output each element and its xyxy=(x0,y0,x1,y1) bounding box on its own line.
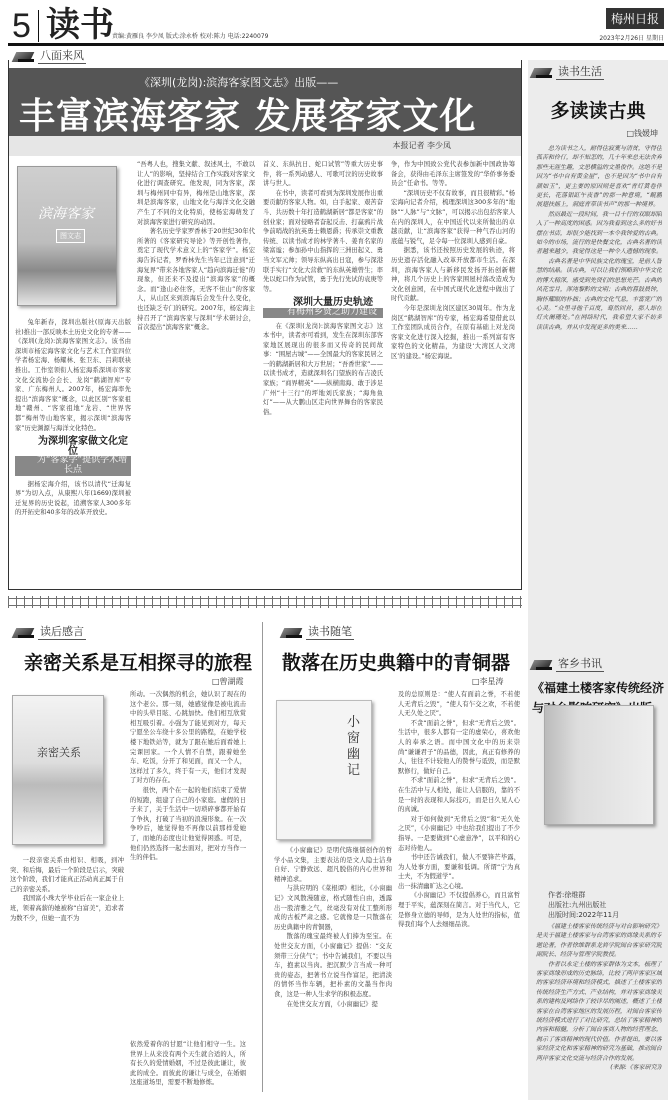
paragraph: 在处世交友方面，《小窗幽记》提 xyxy=(274,1000,392,1010)
issue-date: 2023年2月26日 星期日 xyxy=(599,33,664,42)
feature-header: 《深圳(龙岗):滨海客家图文志》出版—— 丰富滨海客家 发展客家文化 xyxy=(9,68,521,136)
paragraph: 《福建土楼客家传统经济与对台影响研究》是关于福建土楼客家与台湾客家的商缘关系的专… xyxy=(536,922,662,960)
subhead-sub: 有梅州乡贤之助力建设 xyxy=(263,308,383,318)
masthead-divider xyxy=(38,10,39,42)
byline-bar: 本报记者 李少凤 xyxy=(9,136,521,156)
subhead-sub: 为“客家学”提供学术增长点 xyxy=(15,456,131,475)
article-mid-column-2: 及的总原则是：“使人有面前之誉，不若使人无背后之毁”，“使人有乍交之欢，不若使人… xyxy=(398,690,520,1096)
book-author: 作者:徐维群 xyxy=(548,890,619,900)
decorative-fret-border xyxy=(8,596,522,608)
paragraph: 及的总原则是：“使人有面前之誉，不若使人无背后之毁”，“使人有乍交之欢，不若使人… xyxy=(398,690,520,719)
book-cover-image: 亲密关系 xyxy=(12,695,104,845)
masthead: 5 读书 责编:黄雁良 李少凤 版式:涂永桥 校对:陈力 电话:2240079 … xyxy=(8,6,664,46)
tag-label: 客乡书讯 xyxy=(556,657,604,672)
paragraph: 与洪应明的《菜根谭》相比，《小窗幽记》文风散漫随意，格式随性自由，透露出一股清雅… xyxy=(274,884,392,932)
book-cover-image xyxy=(544,705,654,825)
column-rule xyxy=(262,622,263,1092)
paragraph: 在《深圳(龙岗):滨海客家图文志》这本书中，读者亦可看到，发生在深圳东部客家地区… xyxy=(263,322,383,418)
subhead-1: 为深圳客家做文化定位 为“客家学”提供学术增长点 xyxy=(15,437,131,475)
paragraph: 在书中，读者可看到为深圳发展作出重要贡献的客家人物。如，白手起家、艰苦奋斗、共历… xyxy=(263,189,383,295)
paragraph: 散落的瑰宝最终被人们捧为至宝。在处世交友方面，《小窗幽记》提倡：“交友须带三分侠… xyxy=(274,932,392,999)
paragraph: 出一抹清幽旷达之心境。 xyxy=(398,882,520,892)
feature-byline: 本报记者 李少凤 xyxy=(392,140,451,151)
paragraph: 兔年新春，深圳出版社(原海天出版社)推出一部反映本土历史文化的专著——《深圳(龙… xyxy=(15,318,131,433)
paragraph: 很快，两个在一起的他们结束了爱情的短跑，组建了自己的小家庭。虚假的日子来了，关于… xyxy=(130,786,246,863)
paragraph: “深圳历史不仅有故事，而且很精彩。”杨宏海向记者介绍，梳理深圳这300多年的“地… xyxy=(391,189,515,247)
subhead-2: 深圳大量历史轨迹 有梅州乡贤之助力建设 xyxy=(263,298,383,317)
paragraph: 书中还告诫我们，做人不要锋芒毕露，为人处事方面，要谦和低调。所谓“宁为真士夫，不… xyxy=(398,853,520,882)
article-left-title: 亲密关系是互相探寻的旅程 xyxy=(24,648,252,675)
paragraph: 首义、东纵抗日、蛇口试管”等重大历史事件，将一系列动感人、可歌可泣的历史故事讲与… xyxy=(263,160,383,189)
subhead-main: 为深圳客家做文化定位 xyxy=(15,437,131,456)
feature-column-2: “吾粤人也，搜集文献、叙述风土，不敢以让人”的影响，坚持结合工作实践对客家文化进… xyxy=(137,160,255,584)
tag-label: 读书生活 xyxy=(556,65,604,80)
tag-label: 读后感言 xyxy=(38,625,86,640)
article-left-column-2: 所动。一次偶然的机会，她认识了现在的这个老公。那一刻，她感觉像是被电流击中的头晕… xyxy=(130,690,246,1038)
sidebar-article-title: 多读读古典 xyxy=(528,96,668,123)
paragraph: 不求“面前之誉”，但求“无背后之毁”。在生活中与人相处，能让人信服的，靠的不是一… xyxy=(398,776,520,814)
book-publisher: 出版社:九州出版社 xyxy=(548,900,619,910)
article-left-column-2-end: 依然爱着你的甘愿“让他们相守一生。这世界上从来没有两个天生就合适的人，所有长久的… xyxy=(130,1040,246,1096)
book-info: 作者:徐维群 出版社:九州出版社 出版时间:2022年11月 xyxy=(548,890,619,920)
paragraph: 《小窗幽记》是明代陈继儒创作的哲学小品文集，主要表达的是文人隐士洁身自好、宁静致… xyxy=(274,846,392,884)
page-number: 5 xyxy=(12,8,31,44)
sidebar-tag-reading-life: 读书生活 xyxy=(532,62,604,80)
cover-title: 滨海客家 xyxy=(38,203,94,223)
article-mid-author: □李星涛 xyxy=(472,676,504,687)
paragraph: 著名历史学家罗香林于20世纪30年代所著的《客家研究导论》等开创性著作，奠定了现… xyxy=(137,227,255,333)
paragraph: 作者以永定土楼的客家群体为文本，梳理了客家商缘形成的历史脉络，比较了两岸客家区域… xyxy=(536,960,662,1063)
feature-column-4: 争，作为中国致公党代表参加新中国政协筹备会，获得由毛泽东主席签发的“华侨事务委员… xyxy=(391,160,515,584)
paragraph: 对于如何做到“无背后之毁”和“无久处之厌”，《小窗幽记》中也给我们提出了不少指导… xyxy=(398,815,520,853)
feature-column-3: 首义、东纵抗日、蛇口试管”等重大历史事件，将一系列动感人、可歌可泣的历史故事讲与… xyxy=(263,160,383,584)
sidebar-article-author: □钱媛坤 xyxy=(626,128,658,139)
paragraph: “吾粤人也，搜集文献、叙述风土，不敢以让人”的影响，坚持结合工作实践对客家文化进… xyxy=(137,160,255,227)
feature-column-1: 兔年新春，深圳出版社(原海天出版社)推出一部反映本土历史文化的专著——《深圳(龙… xyxy=(15,318,131,584)
cover-subtitle: 图文志 xyxy=(56,229,85,243)
paragraph: 一段亲密关系由相识、相吸，到冲突、和后悔，最后一个阶段是启示，突破这个阶段，我们… xyxy=(10,856,124,894)
books-icon xyxy=(532,658,554,672)
paragraph: 古典名著是中华民族文化的瑰宝，是前人智慧的结晶。读古典，可以让我们领略到中华文化… xyxy=(536,257,662,332)
paragraph: 据悉，该书还按照历史发展的轨迹，将历史遗存活化融入改革开放都市生活。在深圳，滨海… xyxy=(391,246,515,304)
sidebar-article-body: 总为读书之人，耐得住寂寞与清贫，守得住孤苦和伶仃，却不知怎的，几十年来总无法舍弃… xyxy=(536,144,662,656)
paragraph: 所动。一次偶然的机会，她认识了现在的这个老公。那一刻，她感觉像是被电流击中的头晕… xyxy=(130,690,246,786)
article-mid-column-1: 《小窗幽记》是明代陈继儒创作的哲学小品文集，主要表达的是文人隐士洁身自好、宁静致… xyxy=(274,846,392,1096)
paragraph: 我国富小珠大学毕业后在一家企业上班，领着高薪的她被称“白富美”，追求者为数不少，… xyxy=(10,894,124,923)
feature-headline: 丰富滨海客家 发展客家文化 xyxy=(19,88,519,139)
cover-title: 亲密关系 xyxy=(37,744,81,760)
article-left-column-1: 一段亲密关系由相识、相吸，到冲突、和后悔，最后一个阶段是启示，突破这个阶段，我们… xyxy=(10,856,124,1096)
tag-reading-reflections: 读后感言 xyxy=(14,622,86,640)
source-credit: (来源:《客家研究》) xyxy=(536,1063,662,1072)
article-left-author: □曾湖霞 xyxy=(212,676,244,687)
feature-article: 《深圳(龙岗):滨海客家图文志》出版—— 丰富滨海客家 发展客家文化 本报记者 … xyxy=(8,60,522,590)
paragraph: 据杨宏海介绍，该书以清代“迁海复界”为切入点，从康熙八年(1669)深圳被迁复界… xyxy=(15,480,131,518)
paragraph: 总为读书之人，耐得住寂寞与清贫，守得住孤苦和伶仃，却不知怎的，几十年来总无法舍弃… xyxy=(536,144,662,210)
tag-reading-notes: 读书随笔 xyxy=(282,622,354,640)
books-icon xyxy=(14,626,36,640)
paragraph: 不贪“面前之誉”，但求“无背后之毁”。生活中，很多人都有一定的虚荣心，喜欢他人的… xyxy=(398,719,520,777)
book-pubdate: 出版时间:2022年11月 xyxy=(548,910,619,920)
article-mid-title: 散落在历史典籍中的青铜器 xyxy=(282,648,510,675)
book-cover-image: 小窗幽记 xyxy=(276,700,372,840)
cover-title: 小窗幽记 xyxy=(347,715,361,779)
newspaper-logo: 梅州日报 xyxy=(606,8,664,29)
paragraph: 然而最近一段时间，我一目十行的双眼却陷入了一种高度的困惑。因为我看到这么多的好书… xyxy=(536,210,662,257)
paragraph: 争，作为中国致公党代表参加新中国政协筹备会，获得由毛泽东主席签发的“华侨事务委员… xyxy=(391,160,515,189)
books-icon xyxy=(282,626,304,640)
section-name: 读书 xyxy=(46,6,114,44)
book-cover-image: 滨海客家 图文志 xyxy=(17,166,117,306)
sidebar-tag-hakka-books: 客乡书讯 xyxy=(532,654,604,672)
editor-credits: 责编:黄雁良 李少凤 版式:涂永桥 校对:陈力 电话:2240079 xyxy=(112,31,268,40)
paragraph: 今年是深圳龙岗区建区30周年。作为龙岗区“鹤湖智库”的专家，杨宏海希望借此以工作… xyxy=(391,304,515,362)
book-news-body: 《福建土楼客家传统经济与对台影响研究》是关于福建土楼客家与台湾客家的商缘关系的专… xyxy=(536,922,662,1092)
books-icon xyxy=(532,66,554,80)
paragraph: 依然爱着你的甘愿“让他们相守一生。这世界上从来没有两个天生就合适的人，所有长久的… xyxy=(130,1040,246,1088)
tag-label: 读书随笔 xyxy=(306,625,354,640)
paragraph: 《小窗幽记》不仅提倡养心，而且富哲理于平实，蕴深刻在简言。对于当代人，它是修身立… xyxy=(398,891,520,929)
